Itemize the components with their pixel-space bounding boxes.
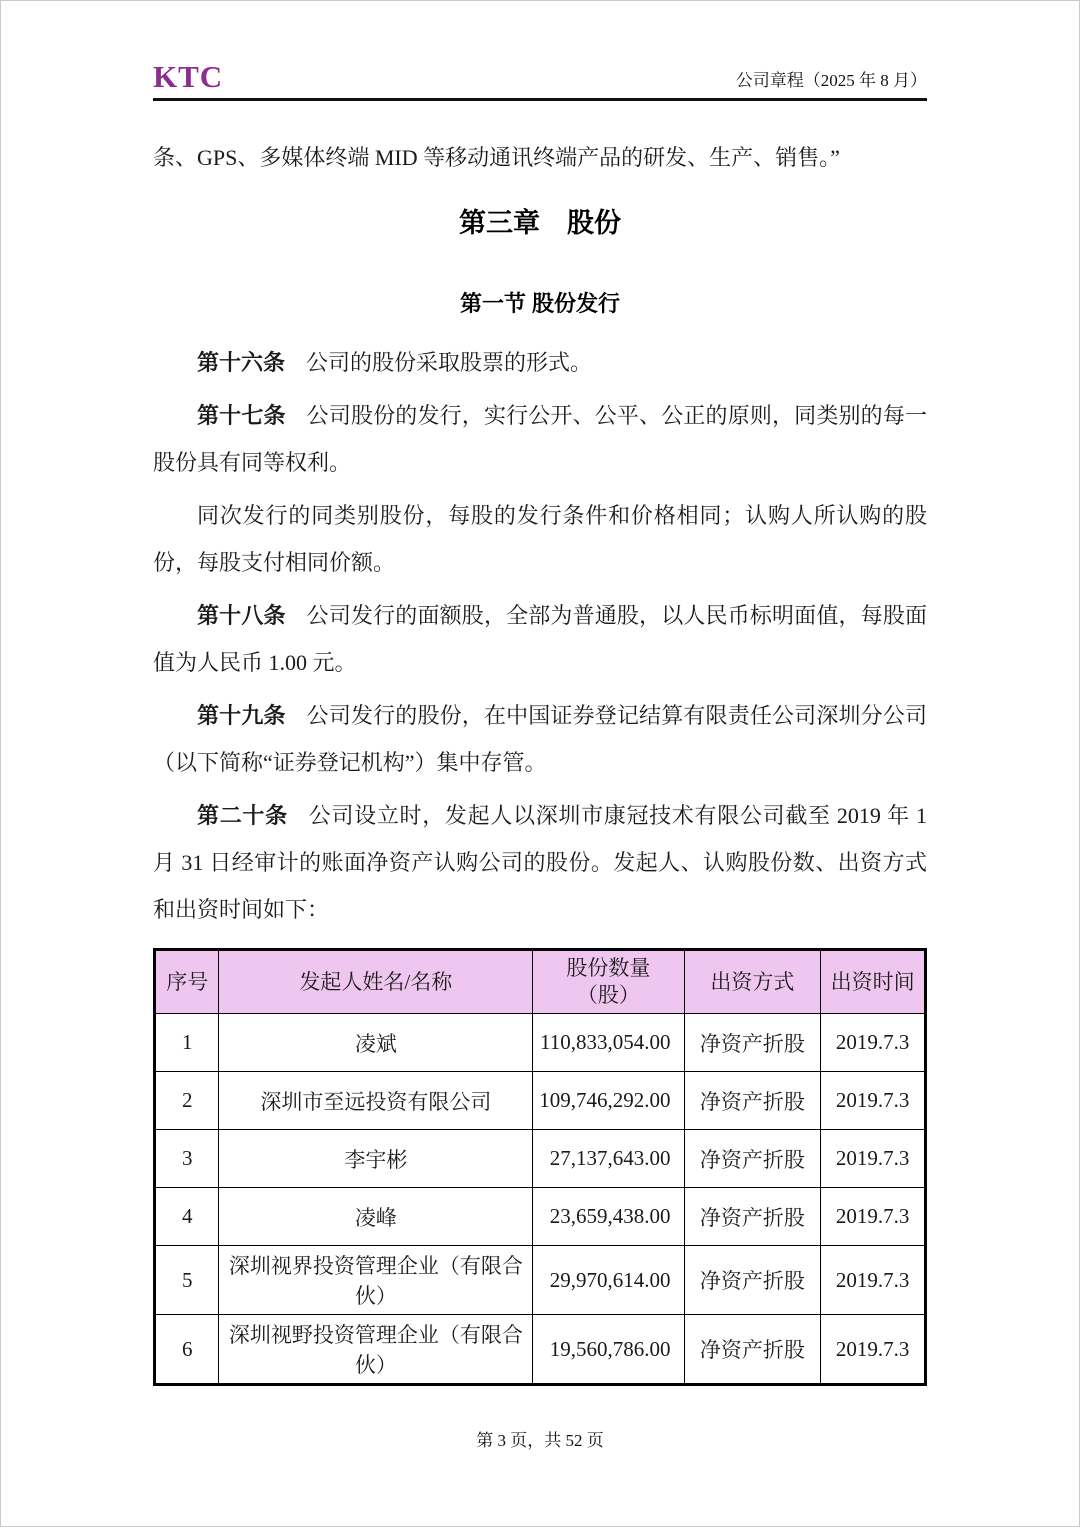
cell-contribution-method: 净资产折股 <box>684 1014 821 1072</box>
article-17-continuation: 同次发行的同类别股份，每股的发行条件和价格相同；认购人所认购的股份，每股支付相同… <box>153 492 927 586</box>
article-19: 第十九条公司发行的股份，在中国证券登记结算有限责任公司深圳分公司（以下简称“证券… <box>153 692 927 786</box>
cell-founder-name: 凌斌 <box>219 1014 533 1072</box>
cell-contribution-date: 2019.7.3 <box>821 1246 926 1315</box>
article-16: 第十六条公司的股份采取股票的形式。 <box>153 339 927 386</box>
cell-contribution-date: 2019.7.3 <box>821 1130 926 1188</box>
cell-contribution-method: 净资产折股 <box>684 1072 821 1130</box>
cell-founder-name: 凌峰 <box>219 1188 533 1246</box>
page-header: KTC 公司章程（2025 年 8 月） <box>153 1 927 101</box>
article-18: 第十八条公司发行的面额股，全部为普通股，以人民币标明面值，每股面值为人民币 1.… <box>153 592 927 686</box>
content-frame: KTC 公司章程（2025 年 8 月） 条、GPS、多媒体终端 MID 等移动… <box>1 1 1079 1451</box>
doc-title: 公司章程（2025 年 8 月） <box>736 69 927 93</box>
table-row: 6 深圳视野投资管理企业（有限合伙） 19,560,786.00 净资产折股 2… <box>155 1315 926 1385</box>
section-heading: 第一节 股份发行 <box>153 287 927 321</box>
col-header-index: 序号 <box>155 950 219 1014</box>
page-footer: 第 3 页，共 52 页 <box>153 1426 927 1451</box>
col-header-contribution-method: 出资方式 <box>684 950 821 1014</box>
ktc-logo: KTC <box>153 61 223 93</box>
article-19-label: 第十九条 <box>197 703 286 728</box>
cell-share-quantity: 19,560,786.00 <box>533 1315 684 1385</box>
cell-founder-name: 深圳市至远投资有限公司 <box>219 1072 533 1130</box>
col-header-share-quantity: 股份数量 （股） <box>533 950 684 1014</box>
article-16-text: 公司的股份采取股票的形式。 <box>306 350 592 375</box>
cell-contribution-date: 2019.7.3 <box>821 1188 926 1246</box>
share-quantity-unit: （股） <box>577 983 640 1007</box>
cell-index: 6 <box>155 1315 219 1385</box>
table-row: 1 凌斌 110,833,054.00 净资产折股 2019.7.3 <box>155 1014 926 1072</box>
cell-founder-name: 李宇彬 <box>219 1130 533 1188</box>
cell-contribution-method: 净资产折股 <box>684 1246 821 1315</box>
cell-index: 3 <box>155 1130 219 1188</box>
cell-contribution-date: 2019.7.3 <box>821 1315 926 1385</box>
cell-index: 2 <box>155 1072 219 1130</box>
header-row: 序号 发起人姓名/名称 股份数量 （股） 出资方式 出资时间 <box>155 950 926 1014</box>
cell-contribution-method: 净资产折股 <box>684 1188 821 1246</box>
article-17-continuation-text: 同次发行的同类别股份，每股的发行条件和价格相同；认购人所认购的股份，每股支付相同… <box>153 503 927 575</box>
cell-share-quantity: 110,833,054.00 <box>533 1014 684 1072</box>
col-header-founder-name: 发起人姓名/名称 <box>219 950 533 1014</box>
founders-table-head: 序号 发起人姓名/名称 股份数量 （股） 出资方式 出资时间 <box>155 950 926 1014</box>
cell-share-quantity: 109,746,292.00 <box>533 1072 684 1130</box>
cell-share-quantity: 27,137,643.00 <box>533 1130 684 1188</box>
article-20: 第二十条公司设立时，发起人以深圳市康冠技术有限公司截至 2019 年 1 月 3… <box>153 792 927 933</box>
cell-share-quantity: 29,970,614.00 <box>533 1246 684 1315</box>
table-row: 2 深圳市至远投资有限公司 109,746,292.00 净资产折股 2019.… <box>155 1072 926 1130</box>
article-20-label: 第二十条 <box>197 803 288 828</box>
article-18-label: 第十八条 <box>197 603 286 628</box>
cell-contribution-method: 净资产折股 <box>684 1315 821 1385</box>
cell-share-quantity: 23,659,438.00 <box>533 1188 684 1246</box>
cell-contribution-date: 2019.7.3 <box>821 1072 926 1130</box>
cell-contribution-method: 净资产折股 <box>684 1130 821 1188</box>
document-page: KTC 公司章程（2025 年 8 月） 条、GPS、多媒体终端 MID 等移动… <box>0 0 1080 1527</box>
col-header-contribution-date: 出资时间 <box>821 950 926 1014</box>
article-16-label: 第十六条 <box>197 350 285 375</box>
cell-founder-name: 深圳视野投资管理企业（有限合伙） <box>219 1315 533 1385</box>
cell-index: 5 <box>155 1246 219 1315</box>
table-row: 3 李宇彬 27,137,643.00 净资产折股 2019.7.3 <box>155 1130 926 1188</box>
cell-index: 1 <box>155 1014 219 1072</box>
share-quantity-line1: 股份数量 <box>566 956 650 980</box>
intro-paragraph: 条、GPS、多媒体终端 MID 等移动通讯终端产品的研发、生产、销售。” <box>153 134 927 181</box>
article-17: 第十七条公司股份的发行，实行公开、公平、公正的原则，同类别的每一股份具有同等权利… <box>153 392 927 486</box>
cell-index: 4 <box>155 1188 219 1246</box>
cell-founder-name: 深圳视界投资管理企业（有限合伙） <box>219 1246 533 1315</box>
founders-table: 序号 发起人姓名/名称 股份数量 （股） 出资方式 出资时间 1 凌斌 110,… <box>153 948 927 1386</box>
cell-contribution-date: 2019.7.3 <box>821 1014 926 1072</box>
table-row: 4 凌峰 23,659,438.00 净资产折股 2019.7.3 <box>155 1188 926 1246</box>
chapter-heading: 第三章 股份 <box>153 203 927 243</box>
table-row: 5 深圳视界投资管理企业（有限合伙） 29,970,614.00 净资产折股 2… <box>155 1246 926 1315</box>
article-17-label: 第十七条 <box>197 403 286 428</box>
founders-table-body: 1 凌斌 110,833,054.00 净资产折股 2019.7.3 2 深圳市… <box>155 1014 926 1385</box>
